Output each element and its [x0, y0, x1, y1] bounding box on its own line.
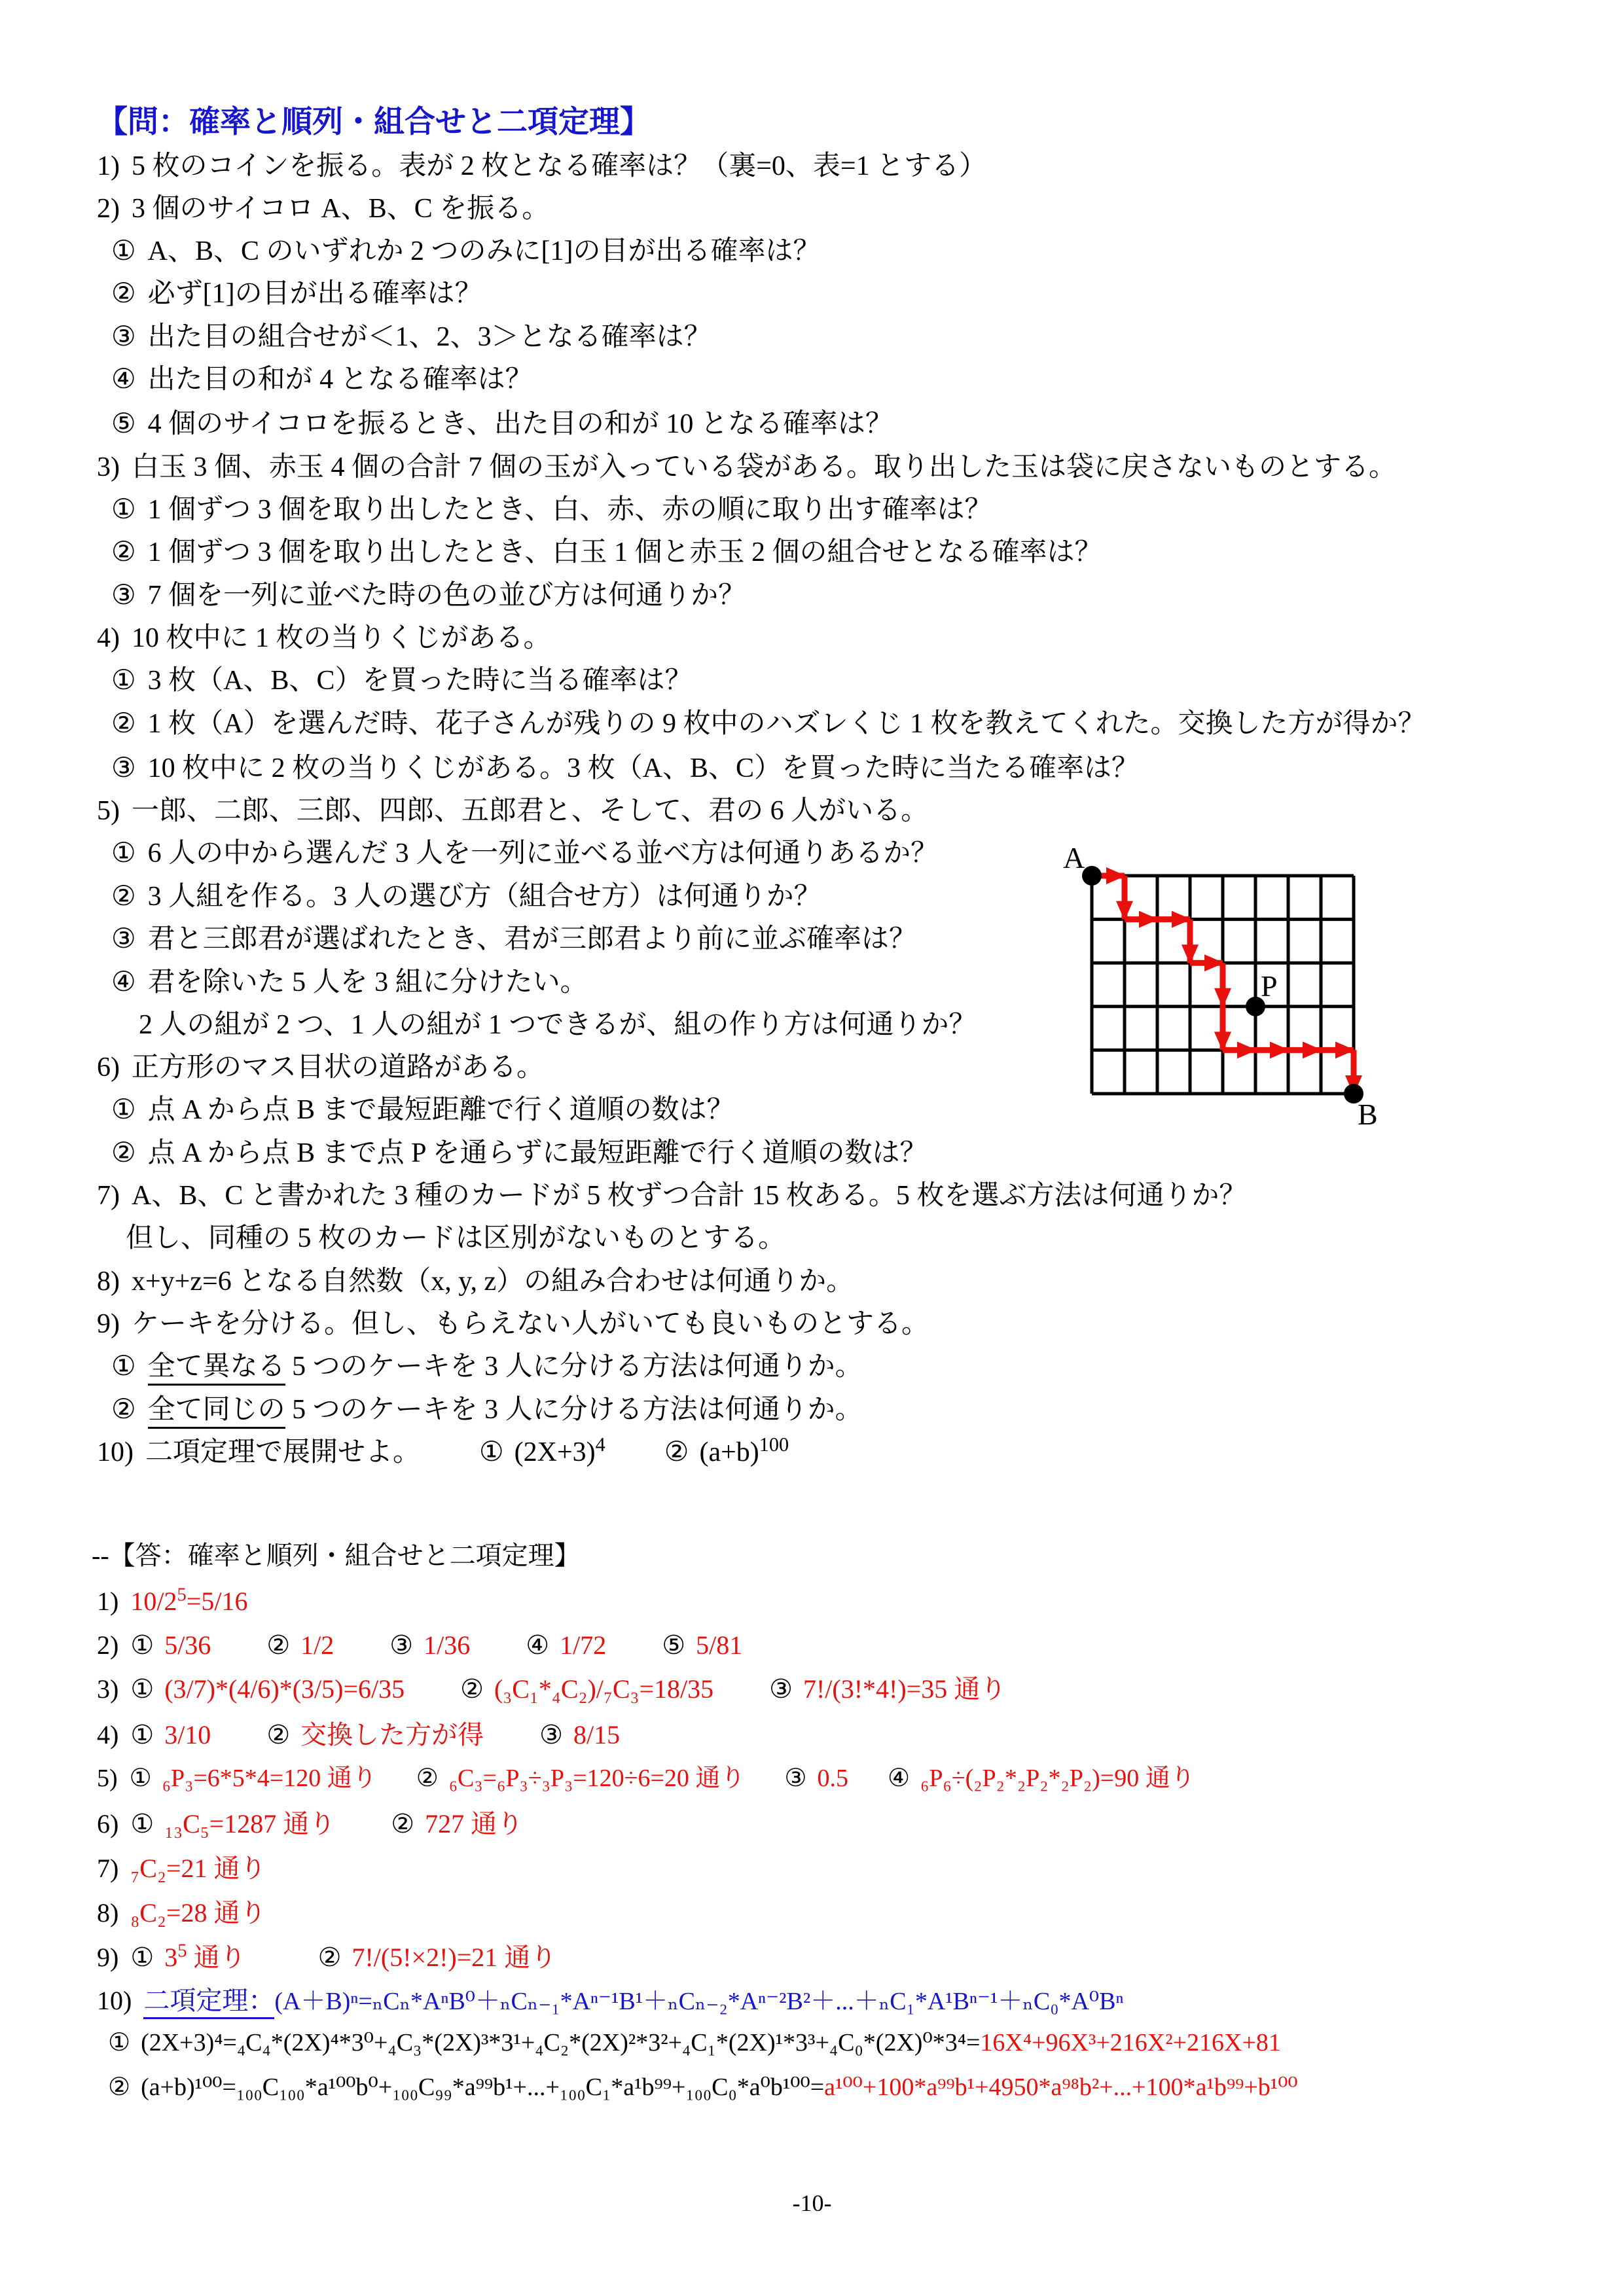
item-number: ③: [111, 751, 136, 786]
answer-exponent: 5: [177, 1941, 187, 1962]
answer-2: 2)①5/36②1/2③1/36④1/72⑤5/81: [97, 1629, 742, 1662]
item-number: ①: [108, 2028, 130, 2059]
question-3-item-3: ③7 個を一列に並べた時の色の並び方は何通りか？: [111, 579, 746, 613]
question-2-item-4: ④出た目の和が 4 となる確率は？: [111, 363, 533, 397]
item-number: ③: [539, 1719, 563, 1751]
item-text: 出た目の組合せが＜1、2、3＞となる確率は？: [148, 322, 712, 352]
point-a-label: A: [1063, 841, 1085, 874]
question-5-continuation: 2 人の組が 2 つ、1 人の組が 1 つできるが、組の作り方は何通りか？: [139, 1008, 976, 1043]
answer-value: 5/81: [696, 1630, 742, 1660]
route-grid-svg: A P B: [1062, 839, 1402, 1147]
question-text: 10 枚中に 1 枚の当りくじがある。: [132, 623, 551, 653]
answer-value: (₃C₁*₄C₂)/₇C₃=18/35: [494, 1674, 713, 1704]
expression-exponent: 100: [759, 1433, 789, 1456]
underlined-text: 全て異なる: [148, 1352, 285, 1386]
item-number: ①: [111, 493, 136, 528]
answer-value: 727 通り: [425, 1809, 523, 1839]
answer-4: 4)①3/10②交換した方が得③8/15: [97, 1719, 620, 1751]
question-text: ケーキを分ける。但し、もらえない人がいても良いものとする。: [132, 1309, 929, 1339]
answers-header: --【答：確率と順列・組合せと二項定理】: [92, 1539, 581, 1572]
question-5-item-3: ③君と三郎君が選ばれたとき、君が三郎君より前に並ぶ確率は？: [111, 922, 916, 957]
answer-value: ₆C₃=₆P₃÷₃P₃=120÷6=20 通り: [449, 1765, 746, 1792]
item-text: 4 個のサイコロを振るとき、出た目の和が 10 となる確率は？: [148, 409, 893, 439]
item-text: 君と三郎君が選ばれたとき、君が三郎君より前に並ぶ確率は？: [148, 924, 916, 954]
question-number: 4): [97, 621, 120, 656]
answer-3: 3)①(3/7)*(4/6)*(3/5)=6/35②(₃C₁*₄C₂)/₇C₃=…: [97, 1673, 1006, 1706]
item-text: 1 枚（A）を選んだ時、花子さんが残りの 9 枚中のハズレくじ 1 枚を教えてく…: [148, 709, 1426, 739]
question-3-item-1: ①1 個ずつ 3 個を取り出したとき、白、赤、赤の順に取り出す確率は？: [111, 493, 992, 528]
item-text: 1 個ずつ 3 個を取り出したとき、白、赤、赤の順に取り出す確率は？: [148, 495, 992, 525]
worksheet-page: 【問：確率と順列・組合せと二項定理】 1)5 枚のコインを振る。表が 2 枚とな…: [0, 0, 1624, 2296]
item-number: ④: [111, 363, 136, 397]
item-text: 必ず[1]の目が出る確率は？: [148, 279, 482, 309]
question-5-item-1: ①6 人の中から選んだ 3 人を一列に並べる並べ方は何通りあるか？: [111, 836, 938, 871]
page-number: -10-: [0, 2189, 1624, 2217]
answer-number: 10): [97, 1984, 132, 2017]
item-text: 5 つのケーキを 3 人に分ける方法は何通りか。: [285, 1352, 863, 1382]
answer-10-item-1: ①(2X+3)⁴=₄C₄*(2X)⁴*3⁰+₄C₃*(2X)³*3¹+₄C₂*(…: [108, 2028, 1281, 2059]
question-5-item-2: ②3 人組を作る。3 人の選び方（組合せ方）は何通りか？: [111, 880, 821, 914]
point-b-label: B: [1358, 1098, 1378, 1131]
underlined-text: 全て同じの: [148, 1395, 285, 1429]
answer-5: 5)①₆P₃=6*5*4=120 通り②₆C₃=₆P₃÷₃P₃=120÷6=20…: [97, 1763, 1195, 1795]
question-6: 6)正方形のマス目状の道路がある。: [97, 1050, 544, 1085]
item-text: 10 枚中に 2 枚の当りくじがある。3 枚（A、B、C）を買った時に当たる確率…: [148, 753, 1139, 783]
item-number: ②: [111, 1393, 136, 1427]
item-number: ③: [111, 320, 136, 355]
item-number: ①: [111, 664, 136, 698]
answer-value: 10/25=5/16: [130, 1587, 247, 1616]
answer-rest: 通り: [187, 1943, 246, 1972]
item-number: ①: [130, 1673, 154, 1706]
answer-value: ₁₃C₅=1287 通り: [164, 1809, 335, 1839]
question-9-item-1: ①全て異なる 5 つのケーキを 3 人に分ける方法は何通りか。: [111, 1350, 863, 1384]
question-number: 3): [97, 450, 120, 485]
question-6-item-2: ②点 A から点 B まで点 P を通らずに最短距離で行く道順の数は？: [111, 1136, 928, 1171]
page-title: 【問：確率と順列・組合せと二項定理】: [97, 103, 651, 142]
item-number: ④: [111, 965, 136, 1000]
answer-value: 7!/(5!×2!)=21 通り: [352, 1943, 556, 1972]
question-9-item-2: ②全て同じの 5 つのケーキを 3 人に分ける方法は何通りか。: [111, 1393, 863, 1427]
answer-base: 3: [164, 1943, 177, 1972]
question-3: 3)白玉 3 個、赤玉 4 個の合計 7 個の玉が入っている袋がある。取り出した…: [97, 450, 1396, 485]
answer-rest: =5/16: [187, 1587, 248, 1616]
question-text: 白玉 3 個、赤玉 4 個の合計 7 個の玉が入っている袋がある。取り出した玉は…: [132, 452, 1396, 482]
item-number: ②: [111, 277, 136, 312]
question-number: 10): [97, 1435, 134, 1470]
question-number: 8): [97, 1265, 120, 1299]
expansion-black: (a+b)¹⁰⁰=₁₀₀C₁₀₀*a¹⁰⁰b⁰+₁₀₀C₉₉*a⁹⁹b¹+...…: [141, 2073, 824, 2101]
grid-path-diagram: A P B: [1062, 839, 1402, 1154]
item-number: ①: [130, 1719, 154, 1751]
point-a-dot: [1082, 866, 1102, 886]
question-9: 9)ケーキを分ける。但し、もらえない人がいても良いものとする。: [97, 1307, 929, 1342]
item-text: 7 個を一列に並べた時の色の並び方は何通りか？: [148, 581, 746, 611]
item-text: A、B、C のいずれか 2 つのみに[1]の目が出る確率は？: [148, 236, 821, 266]
question-text: 3 個のサイコロ A、B、C を振る。: [132, 194, 549, 224]
item-number: ③: [769, 1673, 793, 1706]
answer-number: 9): [97, 1941, 118, 1974]
item-number: ①: [130, 1808, 154, 1840]
item-number: ①: [130, 1941, 154, 1974]
item-number: ①: [130, 1629, 154, 1662]
point-p-label: P: [1261, 969, 1278, 1003]
question-2-item-3: ③出た目の組合せが＜1、2、3＞となる確率は？: [111, 320, 712, 355]
item-text: 点 A から点 B まで点 P を通らずに最短距離で行く道順の数は？: [148, 1138, 928, 1168]
item-number: ②: [391, 1808, 414, 1840]
question-text: 5 枚のコインを振る。表が 2 枚となる確率は？（裏=0、表=1 とする）: [132, 151, 986, 181]
question-6-item-1: ①点 A から点 B まで最短距離で行く道順の数は？: [111, 1093, 734, 1128]
answer-number: 6): [97, 1808, 118, 1840]
question-1: 1)5 枚のコインを振る。表が 2 枚となる確率は？（裏=0、表=1 とする）: [97, 149, 986, 184]
answer-value: 35 通り: [164, 1943, 245, 1972]
item-text: 君を除いた 5 人を 3 組に分けたい。: [148, 967, 588, 997]
item-number: ②: [318, 1941, 342, 1974]
item-number: ③: [389, 1629, 413, 1662]
answer-number: 7): [97, 1852, 118, 1885]
question-number: 5): [97, 794, 120, 829]
item-number: ③: [784, 1763, 806, 1795]
answer-number: 2): [97, 1629, 118, 1662]
item-number: ⑤: [111, 407, 136, 442]
item-number: ②: [111, 1136, 136, 1171]
item-number: ③: [111, 922, 136, 957]
item-number: ①: [111, 1093, 136, 1128]
question-7-continuation: 但し、同種の 5 枚のカードは区別がないものとする。: [126, 1221, 785, 1256]
question-4: 4)10 枚中に 1 枚の当りくじがある。: [97, 621, 551, 656]
binomial-theorem-formula: (A＋B)ⁿ=ₙCₙ*AⁿB⁰＋ₙCₙ₋₁*Aⁿ⁻¹B¹＋ₙCₙ₋₂*Aⁿ⁻²B…: [274, 1988, 1123, 2015]
item-number: ①: [130, 1763, 152, 1795]
answer-value: 1/36: [424, 1630, 470, 1660]
question-number: 9): [97, 1307, 120, 1342]
item-text: 5 つのケーキを 3 人に分ける方法は何通りか。: [285, 1395, 863, 1425]
item-text: 点 A から点 B まで最短距離で行く道順の数は？: [148, 1095, 734, 1125]
answer-value: ₈C₂=28 通り: [130, 1898, 266, 1928]
item-number: ①: [111, 836, 136, 871]
question-2-item-2: ②必ず[1]の目が出る確率は？: [111, 277, 482, 312]
binomial-theorem-label: 二項定理：: [143, 1986, 274, 2019]
item-text: 2 人の組が 2 つ、1 人の組が 1 つできるが、組の作り方は何通りか？: [139, 1010, 976, 1040]
answer-7: 7)₇C₂=21 通り: [97, 1852, 266, 1885]
item-text: 6 人の中から選んだ 3 人を一列に並べる並べ方は何通りあるか？: [148, 838, 939, 869]
question-text: 二項定理で展開せよ。: [145, 1437, 420, 1467]
question-3-item-2: ②1 個ずつ 3 個を取り出したとき、白玉 1 個と赤玉 2 個の組合せとなる確…: [111, 535, 1102, 570]
answer-value: (3/7)*(4/6)*(3/5)=6/35: [164, 1674, 405, 1704]
answer-number: 5): [97, 1763, 118, 1795]
answer-10: 10)二項定理：(A＋B)ⁿ=ₙCₙ*AⁿB⁰＋ₙCₙ₋₁*Aⁿ⁻¹B¹＋ₙCₙ…: [97, 1984, 1123, 2018]
item-number: ②: [111, 707, 136, 742]
item-number: ①: [111, 234, 136, 269]
answer-value: 8/15: [573, 1720, 620, 1749]
expansion-black: (2X+3)⁴=₄C₄*(2X)⁴*3⁰+₄C₃*(2X)³*3¹+₄C₂*(2…: [141, 2029, 980, 2056]
item-number: ①: [479, 1437, 504, 1467]
expression-base: (2X+3): [514, 1437, 596, 1467]
answer-value: 7!/(3!*4!)=35 通り: [803, 1674, 1006, 1704]
answer-8: 8)₈C₂=28 通り: [97, 1897, 266, 1929]
answer-9: 9)①35 通り②7!/(5!×2!)=21 通り: [97, 1941, 556, 1974]
answer-value: 5/36: [164, 1630, 211, 1660]
item-number: ②: [460, 1673, 484, 1706]
question-number: 1): [97, 149, 120, 184]
item-text: 3 人組を作る。3 人の選び方（組合せ方）は何通りか？: [148, 882, 821, 912]
answer-1: 1)10/25=5/16: [97, 1585, 248, 1618]
item-number: ④: [888, 1763, 910, 1795]
answer-value: ₆P₆÷(₂P₂*₂P₂*₂P₂)=90 通り: [920, 1765, 1195, 1792]
question-4-item-2: ②1 枚（A）を選んだ時、花子さんが残りの 9 枚中のハズレくじ 1 枚を教えて…: [111, 707, 1426, 742]
question-text: 一郎、二郎、三郎、四郎、五郎君と、そして、君の 6 人がいる。: [132, 796, 928, 826]
answer-number: 4): [97, 1719, 118, 1751]
answer-value: 1/72: [560, 1630, 606, 1660]
question-text: A、B、C と書かれた 3 種のカードが 5 枚ずつ合計 15 枚ある。5 枚を…: [132, 1181, 1246, 1211]
answer-value: ₇C₂=21 通り: [130, 1854, 266, 1883]
question-5: 5)一郎、二郎、三郎、四郎、五郎君と、そして、君の 6 人がいる。: [97, 794, 928, 829]
answer-value: 0.5: [818, 1765, 849, 1792]
question-8: 8)x+y+z=6 となる自然数（x, y, z）の組み合わせは何通りか。: [97, 1265, 854, 1299]
question-4-item-3: ③10 枚中に 2 枚の当りくじがある。3 枚（A、B、C）を買った時に当たる確…: [111, 751, 1139, 786]
item-text: 但し、同種の 5 枚のカードは区別がないものとする。: [126, 1223, 785, 1253]
answer-value: 交換した方が得: [300, 1720, 484, 1749]
item-number: ②: [108, 2072, 130, 2104]
item-number: ②: [664, 1437, 689, 1467]
item-number: ②: [111, 535, 136, 570]
answer-exponent: 5: [177, 1585, 186, 1605]
question-number: 7): [97, 1179, 120, 1213]
answer-number: 1): [97, 1585, 118, 1618]
question-2-item-5: ⑤4 個のサイコロを振るとき、出た目の和が 10 となる確率は？: [111, 407, 893, 442]
expression-base: (a+b): [699, 1437, 759, 1467]
answer-10-item-2: ②(a+b)¹⁰⁰=₁₀₀C₁₀₀*a¹⁰⁰b⁰+₁₀₀C₉₉*a⁹⁹b¹+..…: [108, 2072, 1298, 2104]
question-number: 6): [97, 1050, 120, 1085]
answer-number: 3): [97, 1673, 118, 1706]
question-4-item-1: ①3 枚（A、B、C）を買った時に当る確率は？: [111, 664, 693, 698]
item-number: ①: [111, 1350, 136, 1384]
question-text: 正方形のマス目状の道路がある。: [132, 1052, 544, 1083]
answer-value: ₆P₃=6*5*4=120 通り: [162, 1765, 377, 1792]
item-text: 1 個ずつ 3 個を取り出したとき、白玉 1 個と赤玉 2 個の組合せとなる確率…: [148, 537, 1102, 567]
item-number: ④: [526, 1629, 549, 1662]
answer-base: 10/2: [130, 1587, 177, 1616]
item-number: ②: [266, 1719, 290, 1751]
question-2: 2)3 個のサイコロ A、B、C を振る。: [97, 192, 549, 226]
item-number: ③: [111, 579, 136, 613]
answer-value: 1/2: [300, 1630, 334, 1660]
answer-number: 8): [97, 1897, 118, 1929]
expansion-result: a¹⁰⁰+100*a⁹⁹b¹+4950*a⁹⁸b²+...+100*a¹b⁹⁹+…: [824, 2073, 1298, 2101]
item-number: ②: [416, 1763, 439, 1795]
question-5-item-4: ④君を除いた 5 人を 3 組に分けたい。: [111, 965, 588, 1000]
item-number: ②: [266, 1629, 290, 1662]
expression-exponent: 4: [596, 1433, 605, 1456]
question-7: 7)A、B、C と書かれた 3 種のカードが 5 枚ずつ合計 15 枚ある。5 …: [97, 1179, 1246, 1213]
expansion-result: 16X⁴+96X³+216X²+216X+81: [980, 2029, 1281, 2056]
answer-6: 6)①₁₃C₅=1287 通り②727 通り: [97, 1808, 523, 1840]
question-2-item-1: ①A、B、C のいずれか 2 つのみに[1]の目が出る確率は？: [111, 234, 821, 269]
question-text: x+y+z=6 となる自然数（x, y, z）の組み合わせは何通りか。: [132, 1266, 854, 1297]
item-number: ⑤: [662, 1629, 685, 1662]
answer-value: 3/10: [164, 1720, 211, 1749]
item-number: ②: [111, 880, 136, 914]
item-text: 3 枚（A、B、C）を買った時に当る確率は？: [148, 666, 693, 696]
question-10: 10)二項定理で展開せよ。①(2X+3)4②(a+b)100: [97, 1435, 789, 1470]
question-number: 2): [97, 192, 120, 226]
item-text: 出た目の和が 4 となる確率は？: [148, 365, 533, 395]
